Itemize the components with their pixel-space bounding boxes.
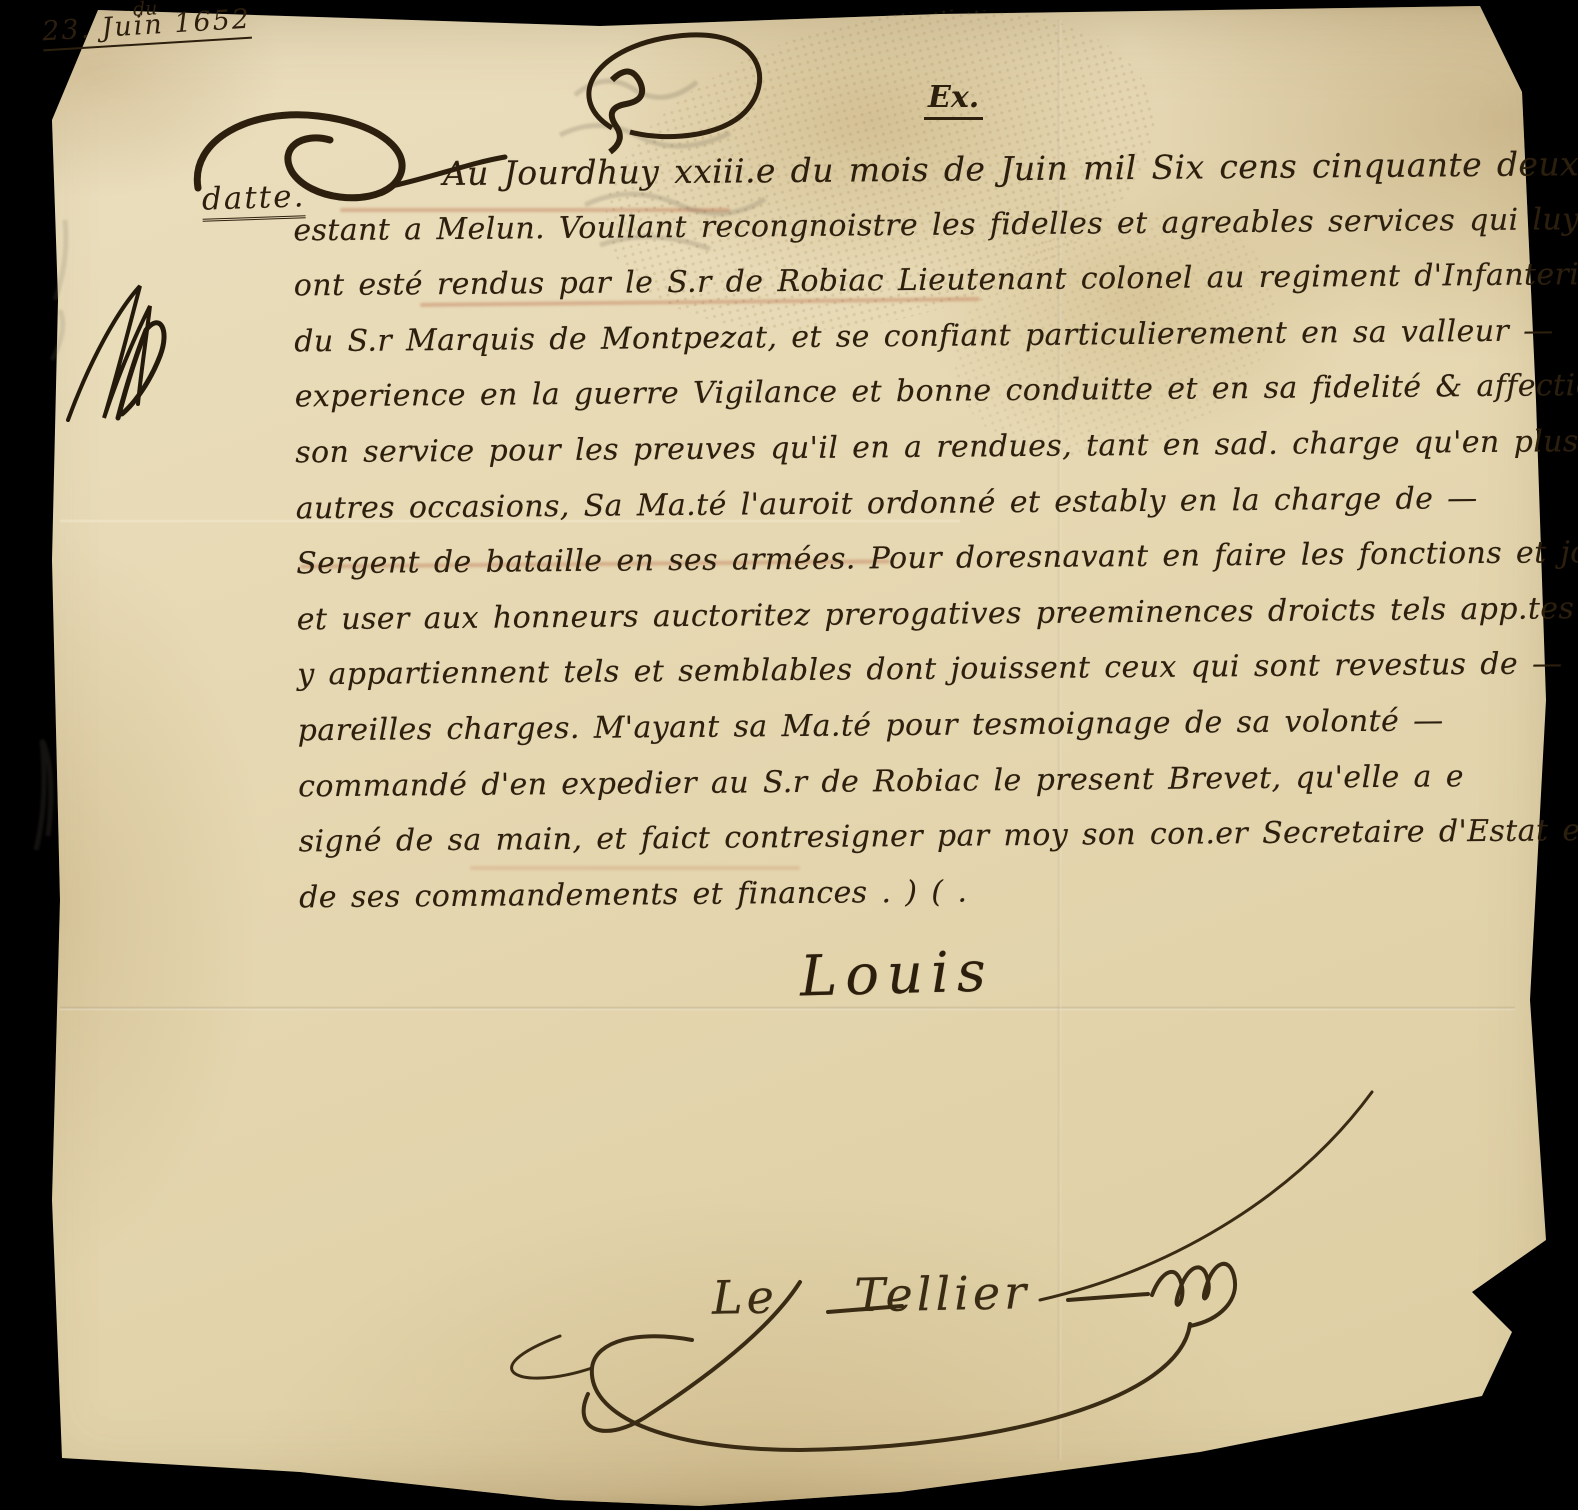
body-line: de ses commandements et finances . ) ( . bbox=[299, 859, 1527, 925]
body-line: pareilles charges. M'ayant sa Ma.té pour… bbox=[297, 693, 1525, 759]
date-superscript: du bbox=[132, 0, 158, 21]
body-line: son service pour les preuves qu'il en a … bbox=[295, 415, 1523, 481]
countersignature: Le Tellier bbox=[712, 1265, 1031, 1325]
manuscript-photo: du 23. Juin 1652 datte. Ex. Au Jourdhuy … bbox=[0, 0, 1578, 1510]
manuscript-body: Au Jourdhuy xxiii.e du mois de Juin mil … bbox=[293, 137, 1528, 926]
body-line: Au Jourdhuy xxiii.e du mois de Juin mil … bbox=[293, 137, 1521, 203]
royal-signature: Louis bbox=[799, 939, 994, 1009]
body-line: Sergent de bataille en ses armées. Pour … bbox=[296, 526, 1524, 592]
body-line: ont esté rendus par le S.r de Robiac Lie… bbox=[294, 248, 1522, 314]
datte-label: datte. bbox=[201, 178, 306, 222]
body-line: signé de sa main, et faict contresigner … bbox=[298, 804, 1526, 870]
exhibit-mark: Ex. bbox=[924, 80, 983, 120]
